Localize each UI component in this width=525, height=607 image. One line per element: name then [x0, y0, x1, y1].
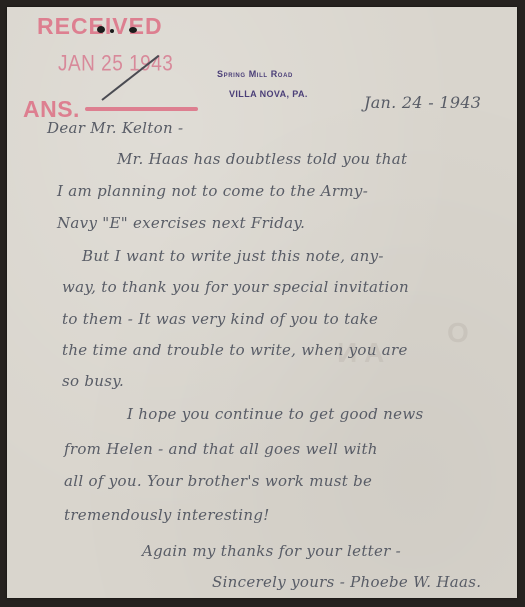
salutation: Dear Mr. Kelton -: [47, 119, 183, 137]
ans-stamp-line: [85, 107, 198, 111]
letter-line: Navy "E" exercises next Friday.: [57, 214, 305, 232]
bleed-through-marks: O: [447, 317, 469, 349]
closing-signature: Sincerely yours - Phoebe W. Haas.: [212, 573, 481, 591]
letter-line: But I want to write just this note, any-: [82, 247, 384, 265]
letterhead-street: Spring Mill Road: [217, 69, 293, 79]
letter-line: all of you. Your brother's work must be: [64, 472, 372, 490]
letter-line: so busy.: [62, 372, 124, 390]
letter-line: Mr. Haas has doubtless told you that: [117, 150, 407, 168]
letter-line: Again my thanks for your letter -: [142, 542, 401, 560]
ink-blot: [110, 29, 114, 33]
letter-line: I am planning not to come to the Army-: [57, 182, 368, 200]
letter-line: I hope you continue to get good news: [127, 405, 423, 423]
letter-line: tremendously interesting!: [64, 506, 270, 524]
ink-blot: [129, 27, 137, 33]
letter-line: way, to thank you for your special invit…: [62, 278, 409, 296]
letter-date: Jan. 24 - 1943: [364, 93, 481, 112]
letter-line: to them - It was very kind of you to tak…: [62, 310, 378, 328]
letterhead-city: VILLA NOVA, PA.: [229, 89, 308, 99]
letter-paper: RECEIVED JAN 25 1943 ANS. Spring Mill Ro…: [7, 7, 517, 598]
ink-blot: [97, 26, 105, 33]
letter-line: the time and trouble to write, when you …: [62, 341, 408, 359]
letter-line: from Helen - and that all goes well with: [64, 440, 378, 458]
